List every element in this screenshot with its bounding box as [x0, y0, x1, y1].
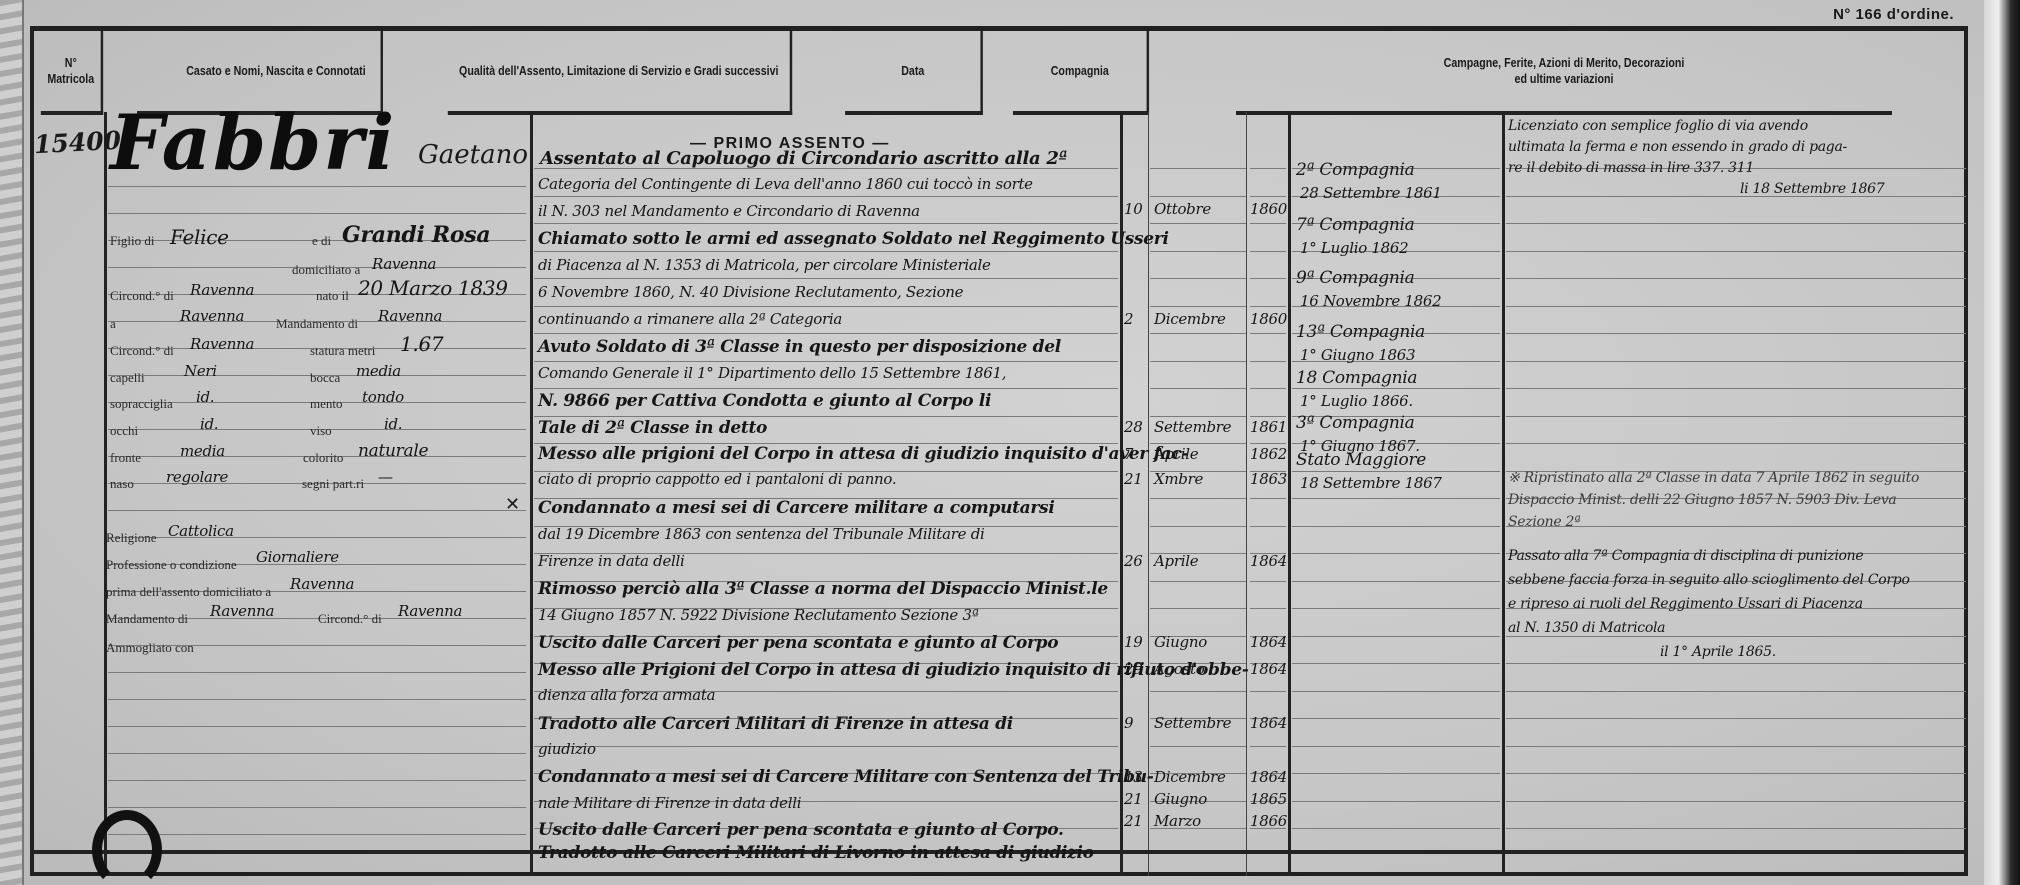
prior-domicile: Ravenna	[290, 575, 354, 593]
ruled-line	[1506, 251, 1966, 252]
ruled-line	[108, 699, 526, 700]
label-figlio-di: Figlio di	[110, 233, 154, 249]
height-value: 1.67	[400, 332, 443, 356]
company-date: 1° Luglio 1866.	[1300, 392, 1413, 410]
ruled-line	[1250, 443, 1286, 444]
ruled-line	[108, 753, 526, 754]
service-line: Condannato a mesi sei di Carcere Militar…	[538, 767, 1154, 787]
label-bocca: bocca	[310, 370, 340, 386]
remark-line: ※ Ripristinato alla 2ª Classe in data 7 …	[1508, 470, 1919, 486]
divider	[530, 112, 533, 876]
header-compagnia: Compagnia	[1013, 31, 1149, 115]
ruled-line	[1292, 581, 1500, 582]
date-year: 1865	[1250, 790, 1287, 808]
ruled-line	[1250, 746, 1286, 747]
date-month: Aprile	[1154, 445, 1198, 463]
date-month: Dicembre	[1154, 310, 1226, 328]
ruled-line	[1150, 223, 1246, 224]
ruled-line	[534, 251, 1118, 252]
company-date: 16 Novembre 1862	[1300, 292, 1441, 310]
ruled-line	[1250, 361, 1286, 362]
company-name: 7ª Compagnia	[1296, 215, 1414, 235]
ruled-line	[1250, 608, 1286, 609]
birth-place: Ravenna	[180, 307, 244, 325]
ruled-line	[1506, 718, 1966, 719]
profession: Giornaliere	[256, 548, 339, 566]
ruled-line	[1250, 251, 1286, 252]
ruled-line	[1150, 278, 1246, 279]
eyebrows: id.	[196, 388, 214, 406]
ruled-line	[534, 333, 1118, 334]
ruled-line	[1150, 691, 1246, 692]
ruled-line	[1250, 581, 1286, 582]
religion: Cattolica	[168, 522, 234, 540]
birth-date: 20 Marzo 1839	[358, 276, 508, 300]
date-day: 26	[1124, 552, 1143, 570]
date-month: Giugno	[1154, 790, 1207, 808]
date-year: 1861	[1250, 418, 1287, 436]
ruled-line	[1506, 828, 1966, 829]
ruled-line	[1292, 388, 1500, 389]
chin: tondo	[362, 388, 404, 406]
service-line: Assentato al Capoluogo di Circondario as…	[540, 148, 1067, 169]
service-line: Avuto Soldato di 3ª Classe in questo per…	[538, 337, 1061, 357]
company-name: 13ª Compagnia	[1296, 322, 1425, 342]
company-date: 1° Giugno 1863	[1300, 346, 1415, 364]
date-month: Settembre	[1154, 418, 1231, 436]
ruled-line	[1150, 608, 1246, 609]
company-date: 28 Settembre 1861	[1300, 184, 1442, 202]
ruled-line	[1292, 526, 1500, 527]
father-name: Felice	[170, 225, 229, 249]
service-line: dienza alla forza armata	[538, 686, 715, 704]
ruled-line	[1506, 306, 1966, 307]
ruled-line	[1292, 801, 1500, 802]
ruled-line	[1506, 361, 1966, 362]
company-date: 18 Settembre 1867	[1300, 474, 1442, 492]
date-year: 1863	[1250, 470, 1287, 488]
mandamento-2: Ravenna	[210, 602, 274, 620]
service-line: Rimosso perciò alla 3ª Classe a norma de…	[538, 579, 1108, 599]
mother-name: Grandi Rosa	[342, 222, 490, 248]
label-sopracciglia: sopracciglia	[110, 396, 173, 412]
company-name: 2ª Compagnia	[1296, 160, 1414, 180]
service-line: nale Militare di Firenze in data delli	[538, 794, 801, 812]
service-line: Uscito dalle Carceri per pena scontata e…	[538, 820, 1064, 840]
ruled-line	[1506, 278, 1966, 279]
label-domiciliato: domiciliato a	[292, 262, 360, 278]
label-professione: Professione o condizione	[106, 557, 237, 573]
date-year: 1860	[1250, 200, 1287, 218]
ruled-line	[1292, 471, 1500, 472]
remark-line: e ripreso ai ruoli del Reggimento Ussari…	[1508, 596, 1863, 612]
complexion: naturale	[358, 441, 428, 461]
ruled-line	[1506, 746, 1966, 747]
ruled-line	[1150, 361, 1246, 362]
date-month: Xmbre	[1154, 470, 1203, 488]
ruled-line	[1506, 443, 1966, 444]
ruled-line	[1250, 333, 1286, 334]
ruled-line	[1506, 416, 1966, 417]
nose: regolare	[166, 468, 228, 486]
ruled-line	[1250, 691, 1286, 692]
ruled-line	[1292, 663, 1500, 664]
service-line: continuando a rimanere alla 2ª Categoria	[538, 310, 842, 328]
hair: Neri	[184, 362, 217, 380]
label-circond-2: Circond.° di	[110, 343, 174, 359]
date-year: 1864	[1250, 633, 1287, 651]
next-entry-initial	[92, 810, 162, 885]
service-line: il N. 303 nel Mandamento e Circondario d…	[538, 202, 920, 220]
remark-line: al N. 1350 di Matricola	[1508, 620, 1665, 636]
date-year: 1864	[1250, 660, 1287, 678]
divider	[1148, 112, 1149, 876]
divider	[1288, 112, 1291, 876]
ruled-line	[534, 361, 1118, 362]
service-line: 6 Novembre 1860, N. 40 Divisione Recluta…	[538, 283, 963, 301]
label-mandamento: Mandamento di	[276, 316, 358, 332]
date-day: 21	[1124, 470, 1143, 488]
circondario-2: Ravenna	[190, 335, 254, 353]
remark-line: Dispaccio Minist. delli 22 Giugno 1857 N…	[1508, 492, 1896, 508]
divider	[1246, 112, 1247, 876]
order-number-label: N° 166 d'ordine.	[1833, 6, 1954, 23]
circondario-3: Ravenna	[398, 602, 462, 620]
ruled-line	[534, 306, 1118, 307]
ruled-line	[1250, 196, 1286, 197]
company-name: 3ª Compagnia	[1296, 413, 1414, 433]
ruled-line	[1150, 168, 1246, 169]
label-e-di: e di	[312, 233, 331, 249]
date-year: 1862	[1250, 445, 1287, 463]
given-name: Gaetano	[418, 140, 528, 170]
label-circond: Circond.° di	[110, 288, 174, 304]
register-page: N° 166 d'ordine. N° Matricola Casato e N…	[0, 0, 2020, 885]
company-name: Stato Maggiore	[1296, 450, 1426, 470]
date-month: Aprile	[1154, 552, 1198, 570]
ruled-line	[1250, 416, 1286, 417]
date-day: 21	[1124, 812, 1143, 830]
ruled-line	[534, 388, 1118, 389]
ruled-line	[1506, 801, 1966, 802]
ruled-line	[1150, 306, 1246, 307]
label-occhi: occhi	[110, 423, 138, 439]
service-line: Chiamato sotto le armi ed assegnato Sold…	[538, 229, 1169, 249]
service-line: Categoria del Contingente di Leva dell'a…	[538, 175, 1033, 193]
ruled-line	[108, 807, 526, 808]
label-colorito: colorito	[303, 450, 343, 466]
service-line: 14 Giugno 1857 N. 5922 Divisione Recluta…	[538, 606, 979, 624]
label-nato-il: nato il	[316, 288, 349, 304]
ruled-line	[1250, 526, 1286, 527]
service-line: Condannato a mesi sei di Carcere militar…	[538, 498, 1054, 518]
ruled-line	[1150, 581, 1246, 582]
ruled-line	[108, 780, 526, 781]
divider	[1502, 112, 1505, 876]
ruled-line	[1292, 553, 1500, 554]
ruled-line	[1150, 196, 1246, 197]
ruled-line	[1250, 168, 1286, 169]
matricola-number: 15400	[33, 126, 121, 160]
ruled-line	[1250, 306, 1286, 307]
ruled-line	[1292, 498, 1500, 499]
marks: —	[378, 468, 393, 486]
service-line: Firenze in data delli	[538, 552, 685, 570]
ruled-line	[1506, 388, 1966, 389]
service-line: dal 19 Dicembre 1863 con sentenza del Tr…	[538, 525, 985, 543]
label-a: a	[110, 316, 116, 332]
remark-line: Sezione 2ª	[1508, 514, 1580, 530]
ruled-line	[534, 223, 1118, 224]
service-line: di Piacenza al N. 1353 di Matricola, per…	[538, 256, 991, 274]
remark-line: sebbene faccia forza in seguito allo sci…	[1508, 572, 1910, 588]
ruled-line	[1292, 746, 1500, 747]
date-year: 1864	[1250, 768, 1287, 786]
remark-line: Licenziato con semplice foglio di via av…	[1508, 118, 1808, 134]
label-statura: statura metri	[310, 343, 375, 359]
label-ammogliato: Ammogliato con	[106, 640, 194, 656]
ruled-line	[1250, 498, 1286, 499]
face: id.	[384, 415, 402, 433]
mandamento: Ravenna	[378, 307, 442, 325]
remark-line: il 1° Aprile 1865.	[1660, 644, 1776, 660]
date-month: Marzo	[1154, 812, 1201, 830]
ruled-line	[108, 213, 526, 214]
cross-mark: ✕	[505, 494, 520, 515]
remark-line: li 18 Settembre 1867	[1740, 181, 1884, 197]
header-matricola: N° Matricola	[41, 31, 103, 115]
ruled-line	[1292, 608, 1500, 609]
ruled-line	[534, 278, 1118, 279]
date-year: 1864	[1250, 552, 1287, 570]
ruled-line	[1506, 333, 1966, 334]
ruled-line	[1250, 223, 1286, 224]
ruled-line	[1250, 278, 1286, 279]
ruled-line	[1506, 196, 1966, 197]
ruled-line	[1506, 663, 1966, 664]
service-line: ciato di proprio cappotto ed i pantaloni…	[538, 470, 896, 488]
remark-line: ultimata la ferma e non essendo in grado…	[1508, 139, 1847, 155]
page-edge	[1984, 0, 2020, 885]
service-line: Tradotto alle Carceri Militari di Firenz…	[538, 714, 1013, 734]
date-day: 21	[1124, 790, 1143, 808]
ruled-line	[534, 196, 1118, 197]
ruled-line	[534, 746, 1118, 747]
domicile: Ravenna	[372, 255, 436, 273]
label-fronte: fronte	[110, 450, 141, 466]
date-day: 10	[1124, 200, 1143, 218]
ruled-line	[108, 726, 526, 727]
ruled-line	[108, 672, 526, 673]
ruled-line	[1150, 746, 1246, 747]
company-date: 1° Luglio 1862	[1300, 239, 1408, 257]
header-qualita: Qualità dell'Assento, Limitazione di Ser…	[448, 31, 792, 115]
ruled-line	[1150, 388, 1246, 389]
date-year: 1860	[1250, 310, 1287, 328]
date-day: 19	[1124, 633, 1143, 651]
divider	[1120, 112, 1123, 876]
book-binding	[0, 0, 24, 885]
date-month: Settembre	[1154, 714, 1231, 732]
ruled-line	[1150, 526, 1246, 527]
date-day: 13	[1124, 768, 1143, 786]
date-day: 29	[1124, 660, 1143, 678]
remark-line: Passato alla 7ª Compagnia di disciplina …	[1508, 548, 1863, 564]
ruled-line	[1250, 388, 1286, 389]
date-day: 2	[1124, 310, 1133, 328]
ruled-line	[1292, 718, 1500, 719]
label-circond-3: Circond.° di	[318, 611, 382, 627]
ruled-line	[1506, 223, 1966, 224]
surname: Fabbri	[110, 98, 396, 187]
date-month: Ottobre	[1154, 200, 1211, 218]
date-day: 9	[1124, 714, 1133, 732]
date-month: Agosto	[1154, 660, 1204, 678]
ruled-line	[1292, 828, 1500, 829]
label-naso: naso	[110, 476, 134, 492]
service-line: Uscito dalle Carceri per pena scontata e…	[538, 633, 1058, 653]
label-viso: viso	[310, 423, 332, 439]
date-day: 28	[1124, 418, 1143, 436]
forehead: media	[180, 442, 225, 460]
ruled-line	[1506, 773, 1966, 774]
company-name: 18 Compagnia	[1296, 368, 1417, 388]
divider	[104, 112, 107, 876]
date-day: 7	[1124, 445, 1133, 463]
circondario-1: Ravenna	[190, 281, 254, 299]
remark-line: re il debito di massa in lire 337. 311	[1508, 160, 1754, 176]
label-capelli: capelli	[110, 370, 145, 386]
ruled-line	[1150, 333, 1246, 334]
label-mandamento-2: Mandamento di	[106, 611, 188, 627]
ruled-line	[1292, 773, 1500, 774]
service-line: N. 9866 per Cattiva Condotta e giunto al…	[538, 391, 991, 411]
date-year: 1864	[1250, 714, 1287, 732]
ruled-line	[1150, 416, 1246, 417]
date-month: Giugno	[1154, 633, 1207, 651]
date-year: 1866	[1250, 812, 1287, 830]
label-religione: Religione	[106, 530, 157, 546]
service-line: Tradotto alle Carceri Militari di Livorn…	[538, 843, 1094, 863]
ruled-line	[108, 834, 526, 835]
label-segni: segni part.ri	[302, 476, 364, 492]
ruled-line	[1150, 251, 1246, 252]
ruled-line	[1150, 498, 1246, 499]
mouth: media	[356, 362, 401, 380]
date-month: Dicembre	[1154, 768, 1226, 786]
company-name: 9ª Compagnia	[1296, 268, 1414, 288]
service-line: Tale di 2ª Classe in detto	[538, 418, 767, 438]
ruled-line	[1292, 691, 1500, 692]
ruled-line	[1506, 691, 1966, 692]
ruled-line	[534, 416, 1118, 417]
header-campagne: Campagne, Ferite, Azioni di Merito, Deco…	[1236, 31, 1892, 115]
ruled-line	[1292, 636, 1500, 637]
ruled-line	[108, 510, 526, 511]
label-mento: mento	[310, 396, 343, 412]
label-prima-domicilio: prima dell'assento domiciliato a	[106, 584, 271, 600]
service-line: giudizio	[538, 740, 596, 758]
service-line: Comando Generale il 1° Dipartimento dell…	[538, 364, 1006, 382]
eyes: id.	[200, 415, 218, 433]
service-line: Messo alle prigioni del Corpo in attesa …	[538, 444, 1188, 464]
header-data: Data	[845, 31, 983, 115]
